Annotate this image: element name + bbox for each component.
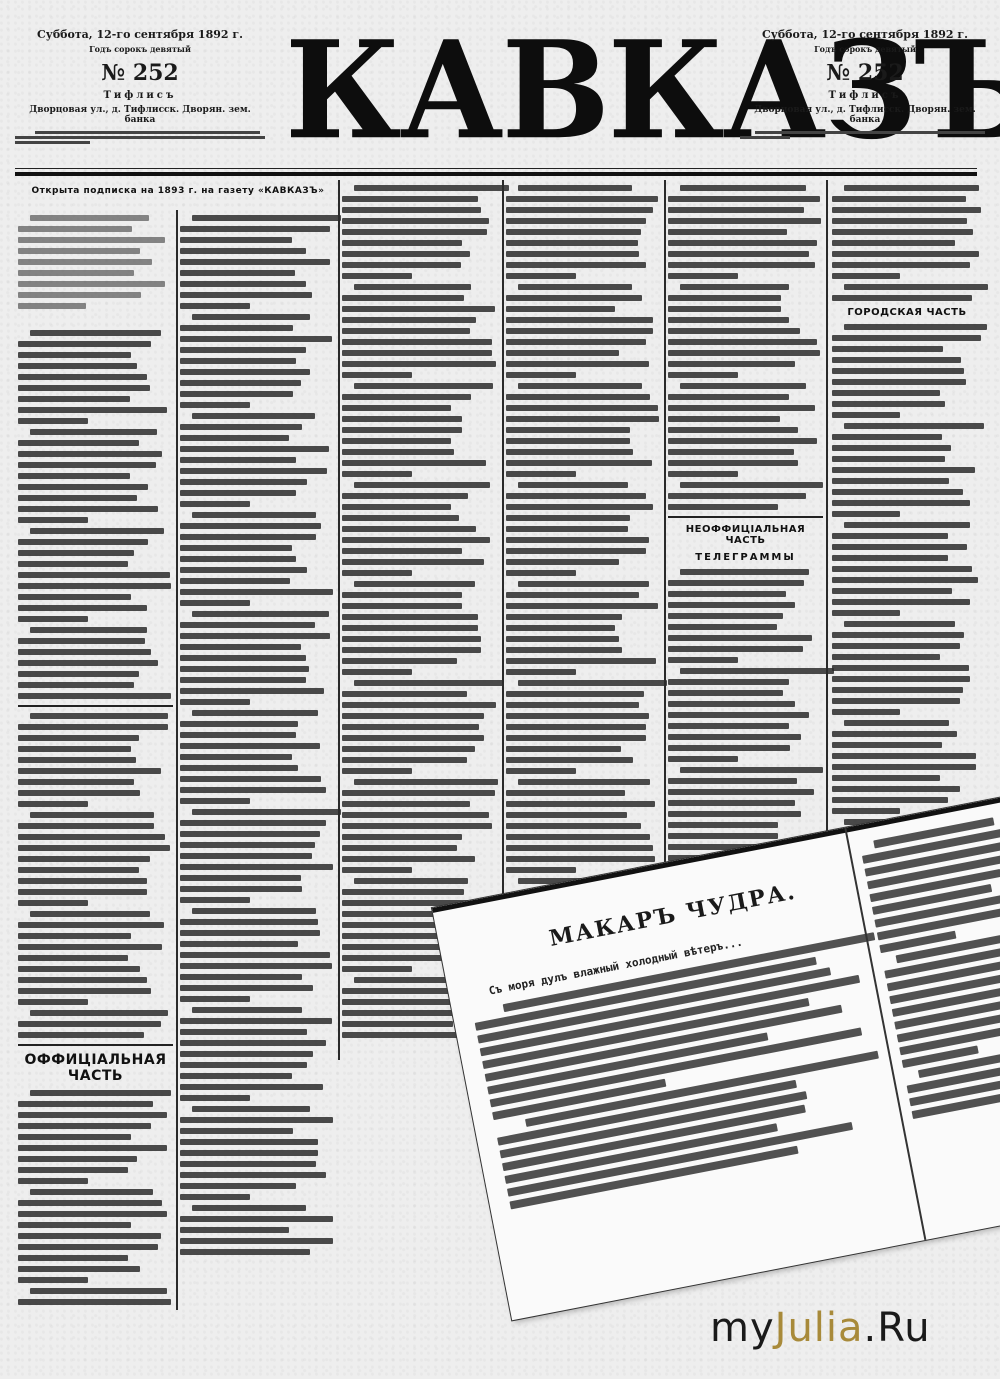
- text-line: [832, 511, 900, 517]
- text-line: [832, 295, 972, 301]
- text-line: [180, 369, 310, 375]
- text-line: [506, 273, 576, 279]
- text-line: [30, 1288, 166, 1294]
- issue-number: № 252: [15, 60, 265, 86]
- text-line: [506, 636, 619, 642]
- text-line: [342, 416, 462, 422]
- text-line: [180, 1018, 332, 1024]
- text-line: [506, 537, 649, 543]
- text-line: [668, 328, 800, 334]
- text-line: [342, 207, 481, 213]
- text-line: [506, 812, 627, 818]
- column-2: [180, 215, 335, 1255]
- text-line: [180, 1194, 250, 1200]
- text-line: [180, 479, 307, 485]
- text-line: [506, 713, 649, 719]
- text-line: [832, 467, 975, 473]
- text-line: [506, 845, 653, 851]
- text-line: [342, 812, 489, 818]
- text-line: [342, 537, 490, 543]
- text-line: [180, 831, 320, 837]
- text-line: [668, 493, 806, 499]
- text-line: [832, 577, 978, 583]
- text-line: [180, 666, 309, 672]
- text-line: [180, 600, 250, 606]
- text-line: [18, 889, 147, 895]
- text-line: [668, 339, 817, 345]
- text-line: [668, 613, 783, 619]
- text-line: [506, 427, 630, 433]
- text-line: [180, 985, 313, 991]
- text-line: [180, 303, 250, 309]
- text-line: [844, 324, 987, 330]
- text-line: [506, 438, 630, 444]
- text-line: [506, 768, 576, 774]
- text-line: [832, 808, 900, 814]
- text-line: [180, 820, 326, 826]
- column-divider: [502, 180, 504, 900]
- text-line: [18, 594, 131, 600]
- text-line: [18, 746, 131, 752]
- text-line: [506, 229, 641, 235]
- text-line: [844, 720, 949, 726]
- text-line: [18, 768, 161, 774]
- text-line: [342, 460, 486, 466]
- text-line: [668, 394, 789, 400]
- text-line: [518, 284, 631, 290]
- text-line: [506, 526, 628, 532]
- text-line: [680, 482, 823, 488]
- text-line: [18, 1021, 161, 1027]
- text-line: [180, 248, 306, 254]
- text-line: [18, 823, 154, 829]
- text-line: [832, 643, 960, 649]
- text-line: [30, 627, 146, 633]
- text-line: [342, 713, 484, 719]
- column-6: ГОРОДСКАЯ ЧАСТЬ: [832, 185, 982, 869]
- text-line: [342, 757, 467, 763]
- text-line: [18, 281, 165, 287]
- text-line: [180, 655, 306, 661]
- text-line: [506, 262, 646, 268]
- text-line: [506, 625, 615, 631]
- text-line: [832, 698, 960, 704]
- text-line: [680, 668, 833, 674]
- column-1-body: ОФФИЦІАЛЬНАЯ ЧАСТЬ: [18, 330, 173, 1305]
- text-line: [832, 742, 942, 748]
- issue-year-line: Годъ сорокъ девятый: [15, 44, 265, 54]
- text-line: [506, 449, 633, 455]
- text-line: [18, 1266, 140, 1272]
- text-line: [668, 591, 786, 597]
- text-line: [180, 358, 296, 364]
- text-line: [180, 721, 298, 727]
- official-part-heading: ОФФИЦІАЛЬНАЯ ЧАСТЬ: [18, 1052, 173, 1084]
- issue-date: Суббота, 12-го сентября 1892 г.: [15, 28, 265, 41]
- text-line: [18, 988, 151, 994]
- text-line: [342, 394, 471, 400]
- text-line: [342, 856, 475, 862]
- text-line: [506, 493, 646, 499]
- text-line: [832, 676, 970, 682]
- text-line: [668, 624, 777, 630]
- text-line: [506, 801, 655, 807]
- text-line: [680, 383, 806, 389]
- text-line: [506, 735, 646, 741]
- text-line: [30, 911, 149, 917]
- header-rule-heavy: [15, 172, 977, 176]
- text-line: [18, 724, 168, 730]
- text-line: [668, 789, 814, 795]
- header-rule-thin: [15, 168, 977, 169]
- column-divider: [664, 180, 666, 880]
- text-line: [180, 699, 250, 705]
- text-line: [192, 413, 314, 419]
- text-line: [832, 654, 940, 660]
- text-line: [30, 812, 154, 818]
- text-line: [192, 710, 318, 716]
- text-line: [832, 610, 900, 616]
- text-line: [354, 383, 493, 389]
- text-line: [506, 372, 576, 378]
- text-line: [18, 473, 130, 479]
- text-line: [180, 391, 293, 397]
- text-line: [354, 482, 490, 488]
- text-line: [18, 270, 134, 276]
- text-line: [668, 306, 781, 312]
- text-line: [668, 822, 778, 828]
- text-line: [342, 735, 484, 741]
- text-line: [506, 746, 621, 752]
- text-line: [192, 314, 310, 320]
- text-line: [506, 207, 653, 213]
- text-line: [30, 713, 168, 719]
- text-line: [342, 471, 412, 477]
- text-line: [180, 776, 321, 782]
- text-line: [180, 732, 296, 738]
- text-line: [180, 1073, 292, 1079]
- text-line: [668, 361, 795, 367]
- text-line: [668, 251, 809, 257]
- text-line: [342, 218, 489, 224]
- text-line: [180, 259, 330, 265]
- text-line: [832, 262, 970, 268]
- text-line: [192, 1007, 302, 1013]
- text-line: [832, 500, 970, 506]
- text-line: [30, 330, 160, 336]
- text-line: [180, 325, 293, 331]
- text-line: [342, 658, 457, 664]
- text-line: [832, 434, 942, 440]
- text-line: [354, 878, 468, 884]
- text-line: [668, 372, 738, 378]
- text-line: [180, 897, 250, 903]
- text-line: [18, 671, 139, 677]
- text-line: [18, 385, 150, 391]
- text-line: [180, 237, 292, 243]
- text-line: [668, 811, 801, 817]
- text-line: [668, 690, 783, 696]
- text-line: [192, 1106, 310, 1112]
- text-line: [180, 765, 298, 771]
- text-line: [180, 754, 292, 760]
- text-line: [342, 449, 454, 455]
- text-line: [342, 834, 462, 840]
- text-line: [180, 633, 330, 639]
- text-line: [844, 522, 970, 528]
- text-line: [506, 240, 638, 246]
- text-line: [506, 658, 656, 664]
- text-line: [668, 196, 820, 202]
- text-line: [18, 1123, 151, 1129]
- fine-print: [740, 131, 990, 139]
- text-line: [342, 361, 496, 367]
- text-line: [832, 544, 967, 550]
- text-line: [506, 295, 642, 301]
- text-line: [18, 1255, 128, 1261]
- text-line: [18, 1233, 161, 1239]
- text-line: [18, 649, 151, 655]
- text-line: [668, 756, 738, 762]
- text-line: [342, 372, 412, 378]
- text-line: [180, 644, 301, 650]
- text-line: [342, 603, 462, 609]
- text-line: [680, 569, 809, 575]
- text-line: [18, 440, 139, 446]
- text-line: [668, 745, 790, 751]
- text-line: [180, 226, 330, 232]
- text-line: [18, 1200, 162, 1206]
- text-line: [844, 185, 979, 191]
- header-right-box: Суббота, 12-го сентября 1892 г. Годъ сор…: [740, 28, 990, 141]
- text-line: [668, 427, 798, 433]
- text-line: [18, 1299, 171, 1305]
- text-line: [506, 416, 659, 422]
- text-line: [832, 555, 948, 561]
- text-line: [180, 435, 289, 441]
- text-line: [18, 682, 134, 688]
- text-line: [518, 185, 631, 191]
- text-line: [506, 856, 655, 862]
- text-line: [180, 1172, 326, 1178]
- text-line: [832, 489, 963, 495]
- text-line: [342, 548, 462, 554]
- text-line: [180, 567, 307, 573]
- text-line: [832, 566, 972, 572]
- text-line: [18, 396, 130, 402]
- text-line: [832, 196, 966, 202]
- text-line: [18, 259, 152, 265]
- text-line: [342, 504, 451, 510]
- text-line: [18, 506, 158, 512]
- text-line: [18, 790, 140, 796]
- text-line: [18, 226, 132, 232]
- text-line: [18, 735, 139, 741]
- text-line: [18, 583, 171, 589]
- text-line: [832, 207, 981, 213]
- text-line: [342, 647, 481, 653]
- text-line: [192, 611, 328, 617]
- text-line: [180, 974, 302, 980]
- text-line: [18, 1134, 131, 1140]
- text-line: [668, 240, 817, 246]
- text-line: [192, 512, 316, 518]
- text-line: [180, 1227, 289, 1233]
- masthead-title: КАВКАЗЪ: [285, 23, 725, 160]
- watermark-accent: Julia: [775, 1305, 864, 1351]
- text-line: [668, 471, 738, 477]
- text-line: [342, 625, 478, 631]
- text-line: [342, 867, 412, 873]
- watermark-prefix: my: [710, 1305, 775, 1351]
- text-line: [18, 944, 162, 950]
- text-line: [30, 1090, 171, 1096]
- text-line: [506, 867, 576, 873]
- text-line: [506, 339, 646, 345]
- text-line: [180, 875, 301, 881]
- text-line: [180, 1117, 333, 1123]
- issue-city: Тифлисъ: [15, 90, 265, 101]
- watermark-suffix: .Ru: [864, 1305, 931, 1351]
- text-line: [18, 616, 88, 622]
- text-line: [18, 484, 148, 490]
- text-line: [18, 451, 162, 457]
- text-line: [180, 1139, 318, 1145]
- text-line: [180, 336, 332, 342]
- text-line: [342, 559, 484, 565]
- text-line: [342, 526, 476, 532]
- text-line: [18, 1244, 158, 1250]
- text-line: [180, 380, 301, 386]
- text-line: [506, 548, 646, 554]
- text-line: [180, 963, 332, 969]
- text-line: [506, 691, 644, 697]
- text-line: [180, 952, 330, 958]
- text-line: [506, 218, 646, 224]
- column-divider: [338, 180, 340, 1060]
- text-line: [342, 262, 461, 268]
- text-line: [832, 632, 964, 638]
- text-line: [832, 764, 976, 770]
- text-line: [506, 306, 615, 312]
- text-line: [30, 429, 157, 435]
- text-line: [832, 401, 945, 407]
- text-line: [668, 712, 809, 718]
- text-line: [506, 669, 576, 675]
- text-line: [832, 599, 970, 605]
- text-line: [18, 856, 150, 862]
- text-line: [506, 251, 639, 257]
- text-line: [180, 556, 296, 562]
- text-line: [180, 270, 295, 276]
- text-line: [18, 352, 131, 358]
- text-line: [180, 688, 324, 694]
- text-line: [342, 790, 495, 796]
- text-line: [342, 273, 412, 279]
- text-line: [18, 248, 140, 254]
- text-line: [18, 693, 171, 699]
- text-line: [18, 605, 147, 611]
- text-line: [668, 679, 789, 685]
- text-line: [18, 407, 167, 413]
- text-line: [30, 1010, 168, 1016]
- text-line: [180, 347, 306, 353]
- text-line: [342, 427, 462, 433]
- text-line: [668, 580, 804, 586]
- text-line: [18, 550, 134, 556]
- text-line: [180, 842, 315, 848]
- text-line: [18, 1178, 88, 1184]
- text-line: [832, 346, 943, 352]
- text-line: [668, 602, 795, 608]
- text-line: [342, 746, 475, 752]
- telegrams-heading: ТЕЛЕГРАММЫ: [668, 552, 823, 563]
- text-line: [506, 394, 650, 400]
- text-line: [180, 1062, 307, 1068]
- text-line: [342, 592, 462, 598]
- text-line: [518, 779, 650, 785]
- text-line: [518, 482, 628, 488]
- text-line: [832, 368, 964, 374]
- text-line: [180, 864, 333, 870]
- text-line: [518, 680, 667, 686]
- text-line: [518, 383, 642, 389]
- text-line: [668, 317, 789, 323]
- text-line: [832, 687, 963, 693]
- text-line: [506, 515, 630, 521]
- text-line: [18, 999, 88, 1005]
- text-line: [18, 900, 88, 906]
- text-line: [668, 229, 787, 235]
- text-line: [18, 561, 128, 567]
- text-line: [844, 284, 988, 290]
- text-line: [506, 196, 658, 202]
- text-line: [18, 303, 86, 309]
- text-line: [342, 251, 470, 257]
- text-line: [18, 757, 136, 763]
- text-line: [680, 185, 806, 191]
- text-line: [18, 418, 88, 424]
- text-line: [180, 501, 250, 507]
- text-line: [18, 966, 140, 972]
- text-line: [18, 638, 145, 644]
- text-line: [18, 374, 147, 380]
- text-line: [342, 1021, 453, 1027]
- text-line: [668, 449, 794, 455]
- text-line: [342, 493, 468, 499]
- text-line: [342, 515, 459, 521]
- text-line: [180, 1051, 313, 1057]
- text-line: [506, 757, 633, 763]
- text-line: [180, 919, 318, 925]
- text-line: [342, 240, 462, 246]
- issue-number: № 252: [740, 60, 990, 86]
- text-line: [180, 853, 312, 859]
- text-line: [832, 379, 966, 385]
- text-line: [180, 523, 321, 529]
- text-line: [506, 361, 649, 367]
- text-line: [342, 229, 487, 235]
- issue-city: Тифлисъ: [740, 90, 990, 101]
- text-line: [180, 468, 327, 474]
- text-line: [180, 402, 250, 408]
- text-line: [180, 941, 298, 947]
- office-address: Дворцовая ул., д. Тифлисск. Дворян. зем.…: [740, 105, 990, 125]
- text-line: [832, 456, 945, 462]
- text-line: [18, 779, 134, 785]
- text-line: [18, 1145, 167, 1151]
- text-line: [192, 1205, 305, 1211]
